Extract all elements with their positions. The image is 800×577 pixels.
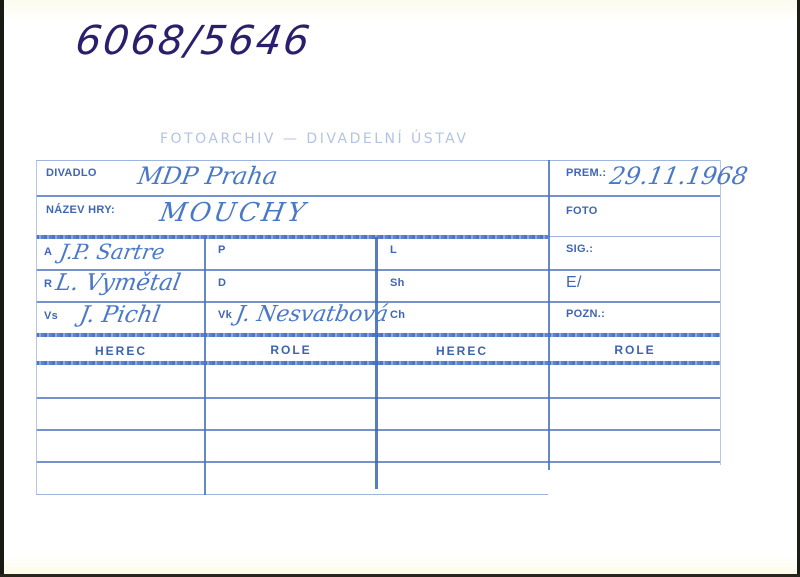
label-a: A (44, 246, 52, 258)
cast-cell-herec[interactable] (378, 364, 548, 394)
cast-header-role-1: ROLE (206, 343, 376, 357)
label-vs: Vs (44, 310, 58, 322)
form-bottom-border (36, 494, 548, 495)
cast-cell-role[interactable] (206, 463, 375, 493)
label-nazev-hry: NÁZEV HRY: (46, 204, 115, 216)
cast-cell-role[interactable] (551, 463, 719, 493)
label-divadlo: DIVADLO (46, 167, 97, 179)
cast-cell-herec[interactable] (38, 399, 204, 429)
cast-header-herec-2: HEREC (377, 344, 547, 358)
cast-cell-herec[interactable] (378, 463, 548, 493)
photo-card-form: DIVADLO MDP Praha NÁZEV HRY: MOUCHY PREM… (0, 0, 800, 577)
form-left-border (36, 160, 37, 495)
cast-cell-herec[interactable] (38, 463, 204, 493)
label-l: L (390, 244, 397, 256)
cast-cell-role[interactable] (551, 431, 719, 461)
cast-cell-role[interactable] (206, 431, 375, 461)
value-a[interactable]: J.P. Sartre (58, 240, 167, 264)
label-d: D (218, 277, 226, 289)
form-right-border (720, 160, 721, 465)
value-prem[interactable]: 29.11.1968 (608, 162, 750, 190)
cast-cell-role[interactable] (551, 399, 719, 429)
form-top-border (36, 160, 720, 161)
cast-cell-role[interactable] (206, 399, 375, 429)
label-pozn: POZN.: (566, 308, 605, 320)
value-vs[interactable]: J. Pichl (78, 302, 163, 328)
value-divadlo[interactable]: MDP Praha (136, 162, 280, 190)
value-nazev-hry[interactable]: MOUCHY (157, 198, 310, 228)
label-sh: Sh (390, 277, 405, 289)
label-p: P (218, 244, 226, 256)
divider-foto (548, 236, 720, 237)
label-e: E/ (566, 274, 582, 292)
label-vk: Vk (218, 309, 232, 321)
value-vk[interactable]: J. Nesvatbová (234, 302, 390, 327)
divider-nazev (36, 235, 548, 239)
label-r: R (44, 278, 52, 290)
cast-cell-herec[interactable] (378, 431, 548, 461)
divider-row-vs (36, 333, 720, 337)
label-prem: PREM.: (566, 167, 606, 179)
label-foto: FOTO (566, 205, 598, 217)
column-divider-3 (548, 160, 550, 470)
cast-cell-herec[interactable] (38, 431, 204, 461)
cast-header-role-2: ROLE (550, 343, 720, 357)
divider-divadlo (36, 195, 548, 197)
cast-cell-herec[interactable] (38, 364, 204, 394)
cast-header-herec-1: HEREC (36, 344, 206, 358)
label-sig: SIG.: (566, 243, 593, 255)
label-ch: Ch (390, 309, 405, 321)
cast-cell-role[interactable] (551, 364, 719, 394)
value-r[interactable]: L. Vymětal (54, 270, 183, 296)
divider-prem (548, 195, 720, 197)
cast-cell-role[interactable] (206, 364, 375, 394)
cast-cell-herec[interactable] (378, 399, 548, 429)
